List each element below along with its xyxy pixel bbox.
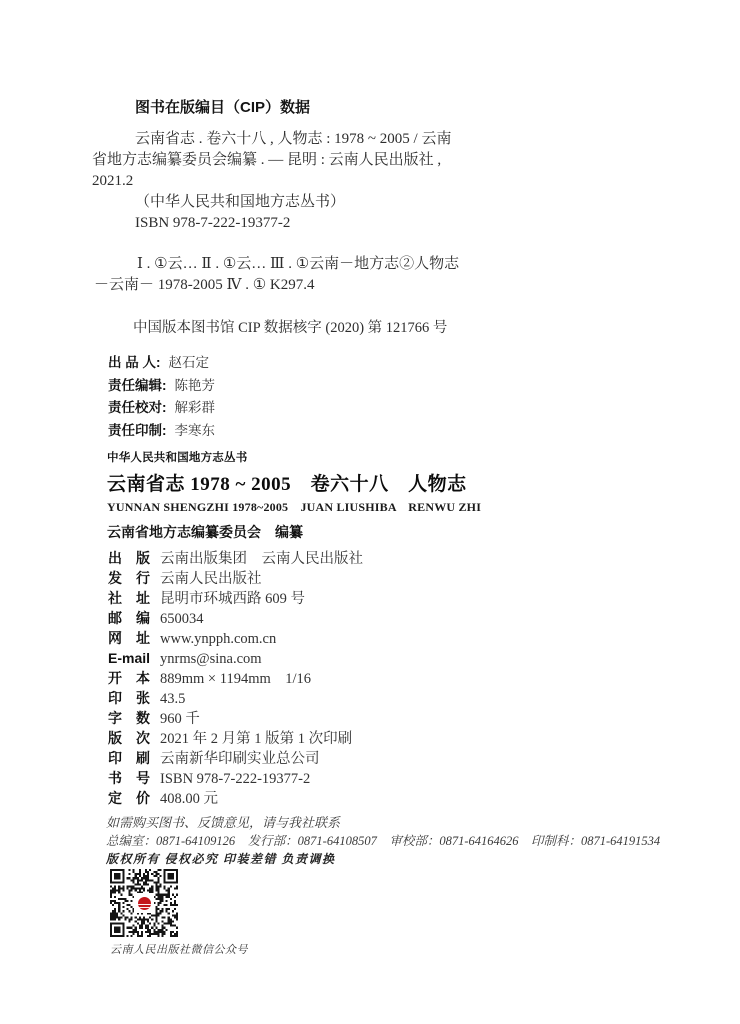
staff-name: 李寒东: [175, 423, 216, 438]
publication-details: 出 版云南出版集团 云南人民出版社 发 行云南人民出版社 社 址昆明市环城西路 …: [108, 548, 363, 808]
pub-row-website: 网 址www.ynpph.com.cn: [108, 628, 363, 648]
pub-row-printer: 印 刷云南新华印刷实业总公司: [108, 748, 363, 768]
staff-role-label: 出 品 人:: [108, 355, 161, 370]
staff-row: 责任编辑:陈艳芳: [108, 375, 215, 398]
cip-isbn: ISBN 978-7-222-19377-2: [135, 213, 672, 234]
pub-row-isbn: 书 号ISBN 978-7-222-19377-2: [108, 768, 363, 788]
cip-registry-number: 中国版本图书馆 CIP 数据核字 (2020) 第 121766 号: [133, 316, 447, 337]
staff-role-label: 责任校对:: [108, 400, 167, 415]
compiler-line: 云南省地方志编纂委员会 编纂: [107, 522, 667, 542]
pub-row-distributor: 发 行云南人民出版社: [108, 568, 363, 588]
pub-value: 650034: [160, 611, 204, 627]
staff-row: 责任印制:李寒东: [108, 420, 215, 443]
classification-line: Ⅰ . ①云… Ⅱ . ①云… Ⅲ . ①云南－地方志②人物志: [137, 254, 674, 275]
staff-credits: 出 品 人:赵石定 责任编辑:陈艳芳 责任校对:解彩群 责任印制:李寒东: [108, 352, 215, 442]
pub-label: 发 行: [108, 568, 158, 588]
pub-value: 云南人民出版社: [160, 571, 262, 587]
staff-name: 赵石定: [169, 355, 210, 370]
department-phone-numbers: 总编室：0871-64109126 发行部：0871-64108507 审校部：…: [106, 831, 660, 849]
pub-row-email: E-mailynrms@sina.com: [108, 648, 363, 668]
pub-value: 云南新华印刷实业总公司: [160, 751, 320, 767]
pub-value: ynrms@sina.com: [160, 651, 262, 667]
pub-label: 社 址: [108, 588, 158, 608]
pub-value: www.ynpph.com.cn: [160, 631, 276, 647]
staff-row: 责任校对:解彩群: [108, 397, 215, 420]
qr-caption: 云南人民出版社微信公众号: [110, 941, 330, 957]
cip-classification: Ⅰ . ①云… Ⅱ . ①云… Ⅲ . ①云南－地方志②人物志 －云南－ 197…: [94, 254, 674, 296]
pub-row-wordcount: 字 数960 千: [108, 708, 363, 728]
pub-value: 2021 年 2 月第 1 版第 1 次印刷: [160, 731, 352, 747]
book-title-pinyin: YUNNAN SHENGZHI 1978~2005 JUAN LIUSHIBA …: [107, 498, 667, 515]
pub-label: 网 址: [108, 628, 158, 648]
cip-header: 图书在版编目（CIP）数据: [135, 97, 672, 118]
pub-row-format: 开 本889mm × 1194mm 1/16: [108, 668, 363, 688]
classification-line: －云南－ 1978-2005 Ⅳ . ① K297.4: [94, 275, 674, 296]
pub-row-publisher: 出 版云南出版集团 云南人民出版社: [108, 548, 363, 568]
pub-label: 印 张: [108, 688, 158, 708]
pub-row-price: 定 价408.00 元: [108, 788, 363, 808]
pub-value: 昆明市环城西路 609 号: [160, 591, 305, 607]
wechat-qr-block: 云南人民出版社微信公众号: [110, 869, 330, 957]
staff-name: 陈艳芳: [175, 378, 216, 393]
staff-role-label: 责任印制:: [108, 423, 167, 438]
cip-record-line: 省地方志编纂委员会编纂 . –– 昆明 : 云南人民出版社 ,: [92, 150, 672, 171]
staff-row: 出 品 人:赵石定: [108, 352, 215, 375]
pub-label: 开 本: [108, 668, 158, 688]
cip-record-line: 云南省志 . 卷六十八 , 人物志 : 1978 ~ 2005 / 云南: [135, 129, 672, 150]
series-title: 中华人民共和国地方志丛书: [107, 449, 667, 465]
publisher-logo: [134, 893, 154, 913]
contact-note: 如需购买图书、反馈意见，请与我社联系: [106, 812, 340, 831]
cip-block: 图书在版编目（CIP）数据 云南省志 . 卷六十八 , 人物志 : 1978 ~…: [92, 97, 672, 234]
staff-name: 解彩群: [175, 400, 216, 415]
qr-code-image: [110, 869, 178, 937]
pub-label: 出 版: [108, 548, 158, 568]
pub-value: ISBN 978-7-222-19377-2: [160, 771, 310, 787]
pub-row-sheets: 印 张43.5: [108, 688, 363, 708]
pub-value: 408.00 元: [160, 791, 218, 807]
copyright-note: 版权所有 侵权必究 印装差错 负责调换: [106, 850, 336, 867]
cip-series-note: （中华人民共和国地方志丛书）: [135, 192, 672, 213]
pub-value: 43.5: [160, 691, 185, 707]
cip-record-line: 2021.2: [92, 171, 672, 192]
pub-row-postcode: 邮 编650034: [108, 608, 363, 628]
pub-row-edition: 版 次2021 年 2 月第 1 版第 1 次印刷: [108, 728, 363, 748]
pub-label: E-mail: [108, 648, 158, 668]
book-title: 云南省志 1978 ~ 2005 卷六十八 人物志: [107, 469, 667, 496]
pub-value: 云南出版集团 云南人民出版社: [160, 551, 363, 567]
pub-label: 版 次: [108, 728, 158, 748]
pub-label: 书 号: [108, 768, 158, 788]
copyright-page: 图书在版编目（CIP）数据 云南省志 . 卷六十八 , 人物志 : 1978 ~…: [0, 0, 740, 1024]
pub-label: 邮 编: [108, 608, 158, 628]
pub-label: 定 价: [108, 788, 158, 808]
pub-label: 字 数: [108, 708, 158, 728]
title-block: 中华人民共和国地方志丛书 云南省志 1978 ~ 2005 卷六十八 人物志 Y…: [107, 449, 667, 542]
pub-label: 印 刷: [108, 748, 158, 768]
staff-role-label: 责任编辑:: [108, 378, 167, 393]
pub-value: 889mm × 1194mm 1/16: [160, 671, 311, 687]
pub-row-address: 社 址昆明市环城西路 609 号: [108, 588, 363, 608]
pub-value: 960 千: [160, 711, 200, 727]
